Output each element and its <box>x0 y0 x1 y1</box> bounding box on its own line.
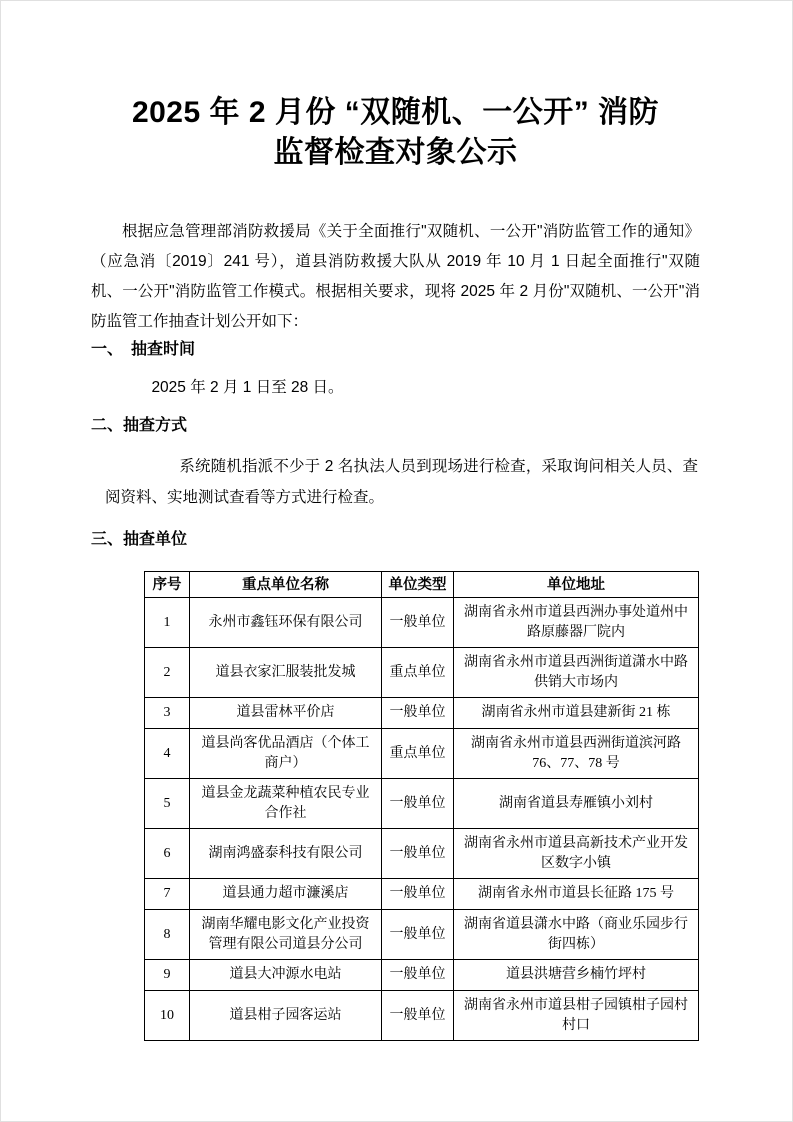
table-row: 5 道县金龙蔬菜种植农民专业合作社 一般单位 湖南省道县寿雁镇小刘村 <box>145 779 699 829</box>
cell-unit-name: 永州市鑫钰环保有限公司 <box>190 598 382 648</box>
cell-index: 6 <box>145 829 190 879</box>
table-row: 3 道县雷林平价店 一般单位 湖南省永州市道县建新街 21 栋 <box>145 698 699 729</box>
inspection-units-table: 序号 重点单位名称 单位类型 单位地址 1 永州市鑫钰环保有限公司 一般单位 湖… <box>144 571 699 1041</box>
column-header-unit-type: 单位类型 <box>382 572 454 598</box>
table-row: 1 永州市鑫钰环保有限公司 一般单位 湖南省永州市道县西洲办事处道州中路原藤器厂… <box>145 598 699 648</box>
cell-unit-address: 湖南省永州市道县高新技术产业开发区数字小镇 <box>454 829 699 879</box>
cell-unit-name: 湖南华耀电影文化产业投资管理有限公司道县分公司 <box>190 910 382 960</box>
cell-unit-type: 重点单位 <box>382 729 454 779</box>
cell-unit-address: 湖南省永州市道县长征路 175 号 <box>454 879 699 910</box>
cell-unit-type: 一般单位 <box>382 910 454 960</box>
cell-index: 2 <box>145 648 190 698</box>
cell-unit-name: 道县通力超市濂溪店 <box>190 879 382 910</box>
cell-unit-address: 道县洪塘营乡楠竹坪村 <box>454 960 699 991</box>
cell-unit-type: 一般单位 <box>382 698 454 729</box>
cell-unit-type: 重点单位 <box>382 648 454 698</box>
cell-unit-type: 一般单位 <box>382 829 454 879</box>
cell-unit-name: 道县柑子园客运站 <box>190 991 382 1041</box>
table-row: 4 道县尚客优品酒店（个体工商户） 重点单位 湖南省永州市道县西洲街道滨河路 7… <box>145 729 699 779</box>
cell-index: 4 <box>145 729 190 779</box>
column-header-index: 序号 <box>145 572 190 598</box>
table-row: 6 湖南鸿盛泰科技有限公司 一般单位 湖南省永州市道县高新技术产业开发区数字小镇 <box>145 829 699 879</box>
cell-unit-address: 湖南省永州市道县西洲街道滨河路 76、77、78 号 <box>454 729 699 779</box>
document-title: 2025 年 2 月份 “双随机、一公开” 消防 监督检查对象公示 <box>91 93 700 173</box>
section-3-heading: 三、抽查单位 <box>91 529 700 551</box>
cell-unit-address: 湖南省永州市道县建新街 21 栋 <box>454 698 699 729</box>
document-page: 2025 年 2 月份 “双随机、一公开” 消防 监督检查对象公示 根据应急管理… <box>0 0 793 1122</box>
cell-unit-type: 一般单位 <box>382 879 454 910</box>
cell-index: 5 <box>145 779 190 829</box>
cell-index: 7 <box>145 879 190 910</box>
cell-unit-address: 湖南省永州市道县柑子园镇柑子园村村口 <box>454 991 699 1041</box>
table-row: 2 道县衣家汇服装批发城 重点单位 湖南省永州市道县西洲街道潇水中路供销大市场内 <box>145 648 699 698</box>
cell-unit-name: 道县尚客优品酒店（个体工商户） <box>190 729 382 779</box>
cell-unit-address: 湖南省道县潇水中路（商业乐园步行街四栋） <box>454 910 699 960</box>
cell-unit-name: 湖南鸿盛泰科技有限公司 <box>190 829 382 879</box>
cell-unit-type: 一般单位 <box>382 991 454 1041</box>
intro-paragraph: 根据应急管理部消防救援局《关于全面推行"双随机、一公开"消防监管工作的通知》（应… <box>91 217 700 337</box>
cell-unit-type: 一般单位 <box>382 779 454 829</box>
cell-index: 8 <box>145 910 190 960</box>
cell-unit-type: 一般单位 <box>382 598 454 648</box>
cell-unit-address: 湖南省道县寿雁镇小刘村 <box>454 779 699 829</box>
table-row: 7 道县通力超市濂溪店 一般单位 湖南省永州市道县长征路 175 号 <box>145 879 699 910</box>
column-header-unit-address: 单位地址 <box>454 572 699 598</box>
cell-index: 3 <box>145 698 190 729</box>
section-2-heading: 二、抽查方式 <box>91 415 700 437</box>
section-1-body: 2025 年 2 月 1 日至 28 日。 <box>151 377 700 399</box>
section-2-body: 系统随机指派不少于 2 名执法人员到现场进行检查，采取询问相关人员、查阅资料、实… <box>105 451 700 513</box>
table-row: 9 道县大冲源水电站 一般单位 道县洪塘营乡楠竹坪村 <box>145 960 699 991</box>
cell-index: 9 <box>145 960 190 991</box>
section-1-heading: 一、 抽查时间 <box>91 339 700 361</box>
cell-unit-type: 一般单位 <box>382 960 454 991</box>
table-row: 8 湖南华耀电影文化产业投资管理有限公司道县分公司 一般单位 湖南省道县潇水中路… <box>145 910 699 960</box>
cell-unit-name: 道县雷林平价店 <box>190 698 382 729</box>
column-header-unit-name: 重点单位名称 <box>190 572 382 598</box>
cell-index: 1 <box>145 598 190 648</box>
table-row: 10 道县柑子园客运站 一般单位 湖南省永州市道县柑子园镇柑子园村村口 <box>145 991 699 1041</box>
cell-index: 10 <box>145 991 190 1041</box>
cell-unit-address: 湖南省永州市道县西洲办事处道州中路原藤器厂院内 <box>454 598 699 648</box>
cell-unit-name: 道县大冲源水电站 <box>190 960 382 991</box>
table-header-row: 序号 重点单位名称 单位类型 单位地址 <box>145 572 699 598</box>
cell-unit-address: 湖南省永州市道县西洲街道潇水中路供销大市场内 <box>454 648 699 698</box>
cell-unit-name: 道县金龙蔬菜种植农民专业合作社 <box>190 779 382 829</box>
cell-unit-name: 道县衣家汇服装批发城 <box>190 648 382 698</box>
